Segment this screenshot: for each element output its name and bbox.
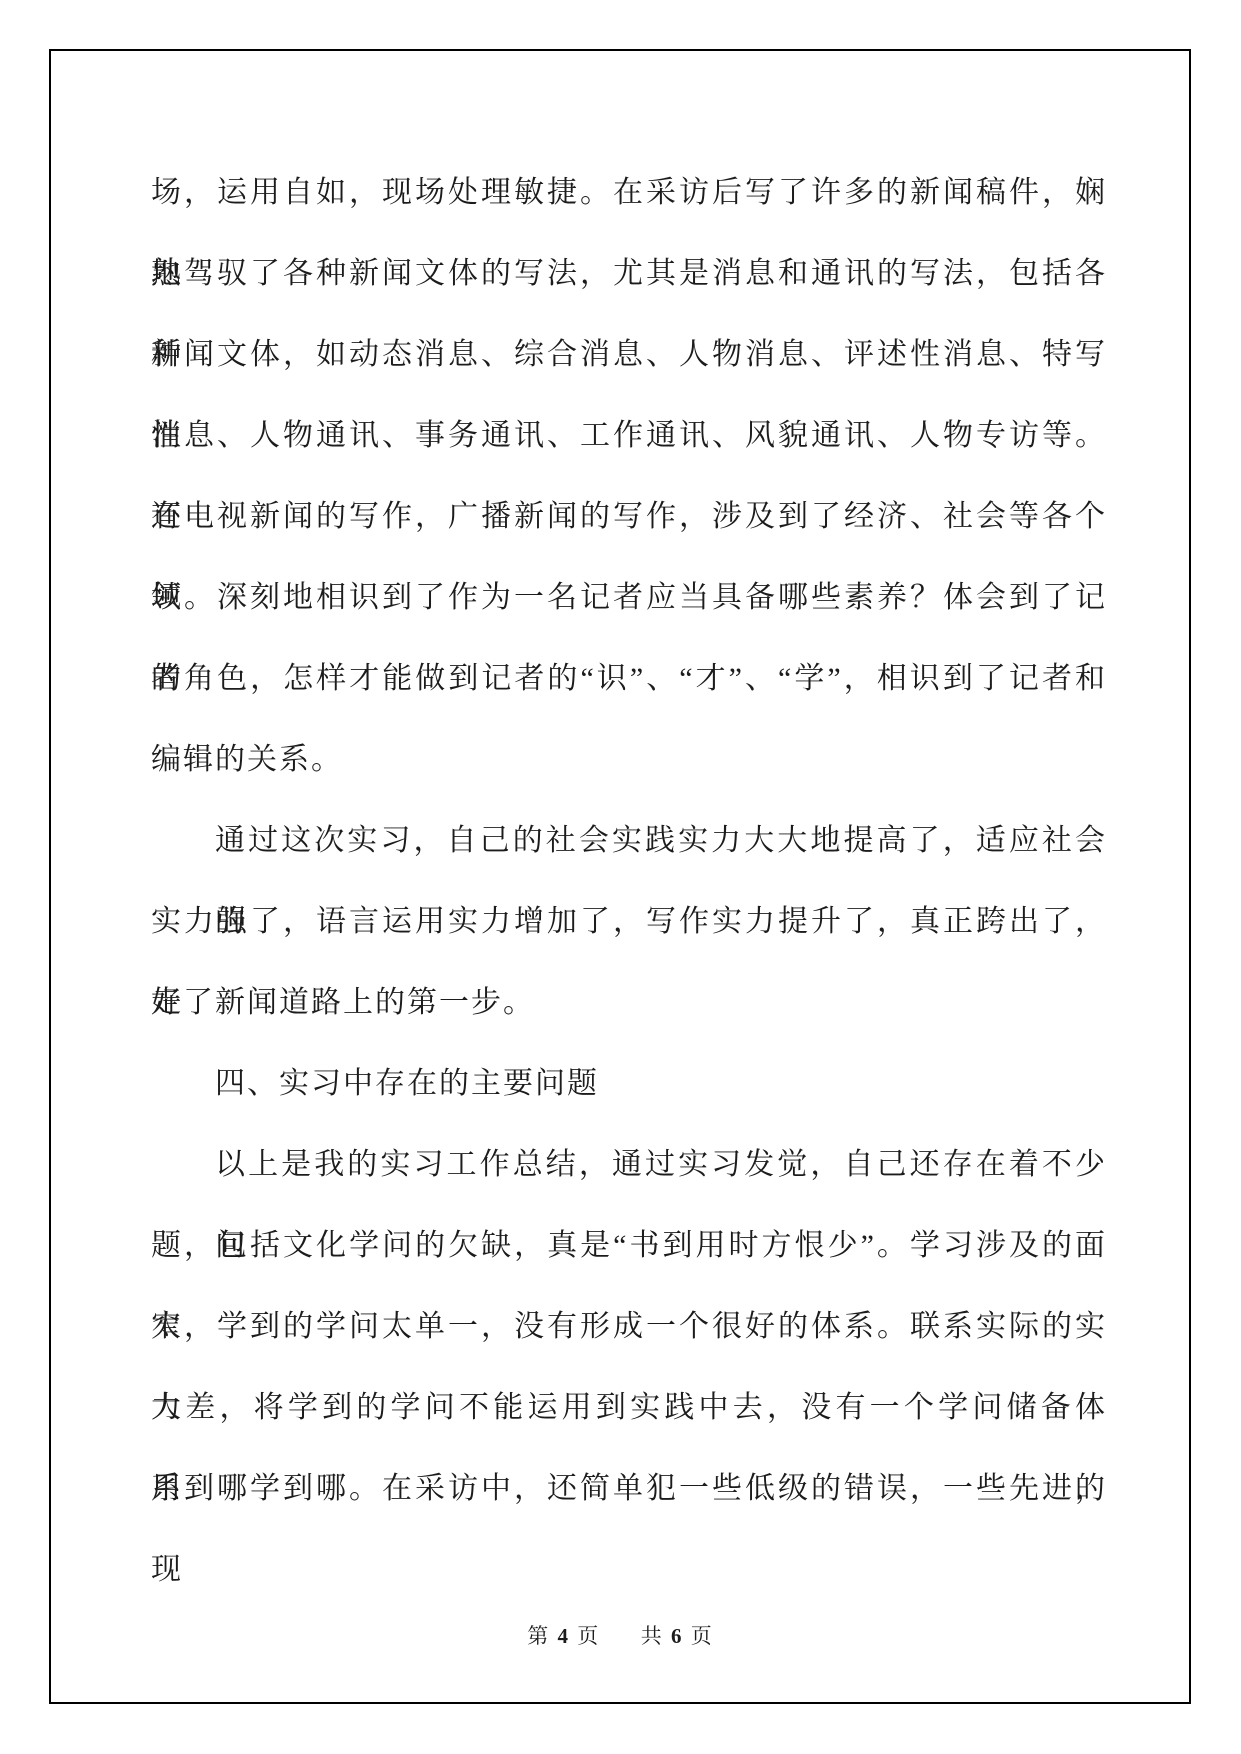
footer-page-unit: 页 <box>577 1624 600 1648</box>
text-line: 消息、人物通讯、事务通讯、工作通讯、风貌通讯、人物专访等。还 <box>151 395 1107 476</box>
document-body: 场，运用自如，现场处理敏捷。在采访后写了许多的新闻稿件，娴熟地驾驭了各种新闻文体… <box>151 152 1107 1529</box>
text-line: 的角色，怎样才能做到记者的“识”、“才”、“学”，相识到了记者和 <box>151 638 1107 719</box>
text-line: 题，包括文化学问的欠缺，真是“书到用时方恨少”。学习涉及的面太 <box>151 1205 1107 1286</box>
page-footer: 第 4 页 共 6 页 <box>0 1620 1241 1650</box>
text-line: 实力强了，语言运用实力增加了，写作实力提升了，真正跨出了，走 <box>151 881 1107 962</box>
text-line: 域。深刻地相识到了作为一名记者应当具备哪些素养？体会到了记者 <box>151 557 1107 638</box>
text-line: 新闻文体，如动态消息、综合消息、人物消息、评述性消息、特写性 <box>151 314 1107 395</box>
text-line: 四、实习中存在的主要问题 <box>151 1043 1107 1124</box>
footer-current-page: 4 <box>558 1624 571 1648</box>
text-line: 地驾驭了各种新闻文体的写法，尤其是消息和通讯的写法，包括各种 <box>151 233 1107 314</box>
text-line: 通过这次实习，自己的社会实践实力大大地提高了，适应社会的 <box>151 800 1107 881</box>
text-line: 用到哪学到哪。在采访中，还简单犯一些低级的错误，一些先进的现 <box>151 1448 1107 1529</box>
footer-total-pages: 6 <box>671 1624 684 1648</box>
text-line: 编辑的关系。 <box>151 719 1107 800</box>
text-line: 有电视新闻的写作，广播新闻的写作，涉及到了经济、社会等各个领 <box>151 476 1107 557</box>
footer-total-unit: 页 <box>691 1624 714 1648</box>
text-line: 场，运用自如，现场处理敏捷。在采访后写了许多的新闻稿件，娴熟 <box>151 152 1107 233</box>
text-line: 好了新闻道路上的第一步。 <box>151 962 1107 1043</box>
footer-total-prefix: 共 <box>641 1624 664 1648</box>
text-line: 窄，学到的学问太单一，没有形成一个很好的体系。联系实际的实力 <box>151 1286 1107 1367</box>
footer-page-prefix: 第 <box>527 1624 550 1648</box>
text-line: 大差，将学到的学问不能运用到实践中去，没有一个学问储备体系， <box>151 1367 1107 1448</box>
text-line: 以上是我的实习工作总结，通过实习发觉，自己还存在着不少问 <box>151 1124 1107 1205</box>
